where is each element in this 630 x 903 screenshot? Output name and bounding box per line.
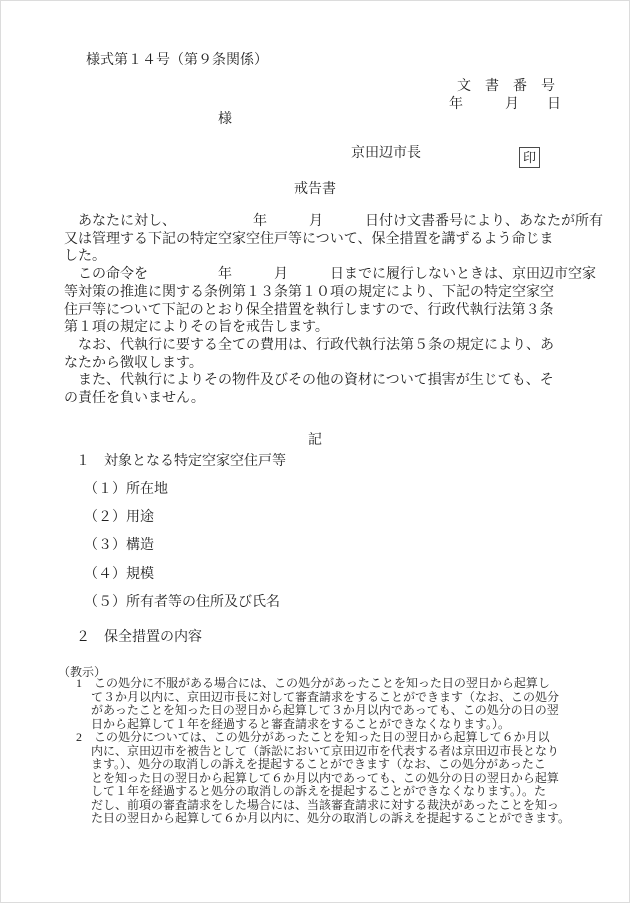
- sender-name: 京田辺市長: [351, 147, 421, 161]
- kyoji-line: 日から起算して１年を経過すると審査請求をすることができなくなります。）。: [91, 718, 570, 732]
- list-subitem-owner: （５）所有者等の住所及び氏名: [84, 596, 280, 610]
- seal-mark: 印: [523, 151, 536, 164]
- kyoji-line: 内に、京田辺市を被告として（訴訟において京田辺市を代表する者は京田辺市長となり: [91, 745, 570, 759]
- list-item-subject: １ 対象となる特定空家空住戸等: [76, 455, 286, 469]
- body-line: あなたに対し、 年 月 日付け文書番号により、あなたが所有: [64, 213, 603, 231]
- body-text: あなたに対し、 年 月 日付け文書番号により、あなたが所有 又は管理する下記の特…: [64, 213, 603, 408]
- kyoji-line: があったことを知った日の翌日から起算して３か月以内であっても、この処分の日の翌: [91, 704, 570, 718]
- body-line: 第１項の規定によりその旨を戒告します。: [64, 319, 603, 337]
- kyoji-line: 2 この処分については、この処分があったことを知った日の翌日から起算して６か月以: [76, 731, 570, 745]
- kyoji-line: た日の翌日から起算して６か月以内に、処分の取消しの訴えを提起することができます。: [91, 812, 570, 826]
- kyoji-line: ます。）、処分の取消しの訴えを提起することができます（なお、この処分があったこ: [91, 758, 570, 772]
- kyoji-line: とを知った日の翌日から起算して６か月以内であっても、この処分の日の翌日から起算: [91, 772, 570, 786]
- body-line: また、代執行によりその物件及びその他の資材について損害が生じても、そ: [64, 372, 603, 390]
- body-line: の責任を負いません。: [64, 390, 603, 408]
- date-blank-line: 年 月 日: [449, 98, 561, 112]
- body-line: なお、代執行に要する全ての費用は、行政代執行法第５条の規定により、あ: [64, 337, 603, 355]
- body-line: なたから徴収します。: [64, 355, 603, 373]
- list-subitem-scale: （４）規模: [84, 568, 154, 582]
- body-line: 又は管理する下記の特定空家空住戸等について、保全措置を講ずるよう命じま: [64, 231, 603, 249]
- list-subitem-use: （２）用途: [84, 511, 154, 525]
- kyoji-line: して１年を経過すると処分の取消しの訴えを提起することができなくなります。）。た: [91, 785, 570, 799]
- kyoji-text: 1 この処分に不服がある場合には、この処分があったことを知った日の翌日から起算し…: [76, 677, 570, 826]
- list-subitem-location: （１）所在地: [84, 483, 168, 497]
- notice-mark: 記: [1, 434, 629, 448]
- addressee-suffix: 様: [218, 113, 232, 127]
- body-line: した。: [64, 248, 603, 266]
- seal-box: 印: [519, 147, 540, 168]
- kyoji-line: て３か月以内に、京田辺市長に対して審査請求をすることができます（なお、この処分: [91, 691, 570, 705]
- body-line: この命令を 年 月 日までに履行しないときは、京田辺市空家: [64, 266, 603, 284]
- list-item-measures: ２ 保全措置の内容: [76, 631, 202, 645]
- form-number: 様式第１４号（第９条関係）: [86, 54, 268, 68]
- list-subitem-structure: （３）構造: [84, 539, 154, 553]
- document-title: 戒告書: [1, 183, 629, 197]
- doc-number-label: 文 書 番 号: [457, 80, 555, 94]
- kyoji-line: 1 この処分に不服がある場合には、この処分があったことを知った日の翌日から起算し: [76, 677, 570, 691]
- document-page: 様式第１４号（第９条関係） 文 書 番 号 年 月 日 様 京田辺市長 印 戒告…: [0, 0, 630, 903]
- body-line: 住戸等について下記のとおり保全措置を執行しますので、行政代執行法第３条: [64, 302, 603, 320]
- body-line: 等対策の推進に関する条例第１３条第１０項の規定により、下記の特定空家空: [64, 284, 603, 302]
- kyoji-line: だし、前項の審査請求をした場合には、当該審査請求に対する裁決があったことを知っ: [91, 799, 570, 813]
